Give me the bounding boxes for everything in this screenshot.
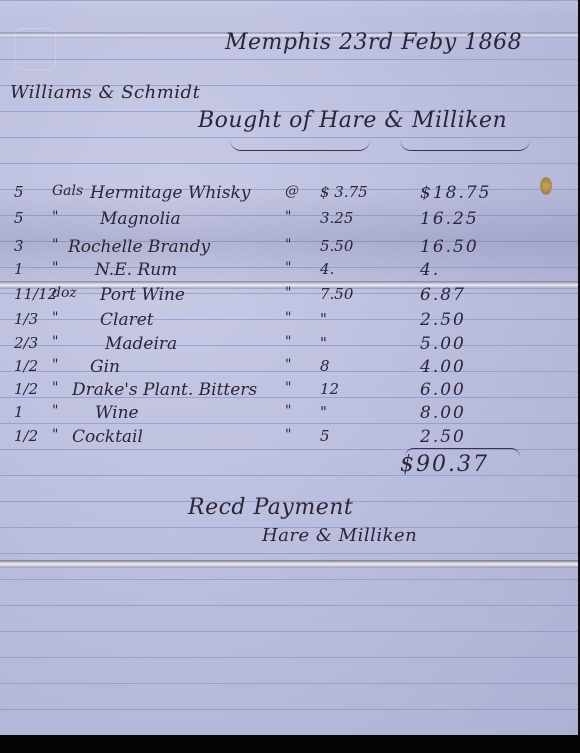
line-item: 1 " N.E. Rum " 4. 4.	[0, 260, 578, 284]
line-item: 3 " Rochelle Brandy " 5.50 16.50	[0, 237, 578, 261]
total-amount: $90.37	[400, 452, 489, 477]
item-amount: 8.00	[420, 403, 466, 423]
seller-signature: Hare & Milliken	[262, 525, 417, 546]
item-qty: 3	[14, 237, 24, 255]
item-unit: "	[52, 380, 58, 396]
item-description: Drake's Plant. Bitters	[72, 380, 257, 400]
fold-crease-lower	[0, 560, 578, 568]
item-rate: "	[320, 334, 327, 352]
item-description: Hermitage Whisky	[90, 183, 250, 203]
item-ditto: "	[285, 427, 291, 443]
item-description: Port Wine	[100, 285, 185, 305]
item-rate: "	[320, 310, 327, 328]
item-qty: 5	[14, 183, 24, 201]
item-amount: 4.	[420, 260, 440, 280]
item-unit: Gals	[52, 183, 83, 199]
item-unit: "	[52, 403, 58, 419]
item-rate: $ 3.75	[320, 183, 368, 201]
item-ditto: "	[285, 237, 291, 253]
item-amount: 5.00	[420, 334, 466, 354]
line-item: 1/2 " Gin " 8 4.00	[0, 357, 578, 381]
item-amount: 6.00	[420, 380, 466, 400]
item-ditto: "	[285, 310, 291, 326]
item-description: Cocktail	[72, 427, 143, 447]
item-amount: 2.50	[420, 427, 466, 447]
line-item: 5 Gals Hermitage Whisky @ $ 3.75 $18.75	[0, 183, 578, 207]
item-ditto: "	[285, 357, 291, 373]
item-rate: 5	[320, 427, 330, 445]
receipt-paper: Memphis 23rd Feby 1868 Williams & Schmid…	[0, 0, 578, 735]
item-unit: "	[52, 357, 58, 373]
seller-line: Bought of Hare & Milliken	[198, 108, 507, 133]
item-ditto: "	[285, 334, 291, 350]
item-qty: 1/2	[14, 427, 38, 445]
item-ditto: "	[285, 285, 291, 301]
item-qty: 1	[14, 403, 24, 421]
item-rate: 12	[320, 380, 339, 398]
item-rate: 7.50	[320, 285, 353, 303]
item-rate: 8	[320, 357, 330, 375]
item-rate: "	[320, 403, 327, 421]
item-description: Rochelle Brandy	[68, 237, 210, 257]
item-unit: "	[52, 334, 58, 350]
flourish-underline	[400, 140, 530, 151]
item-qty: 11/12	[14, 285, 57, 303]
line-item: 5 " Magnolia " 3.25 16.25	[0, 209, 578, 233]
item-description: Magnolia	[100, 209, 181, 229]
item-amount: 4.00	[420, 357, 466, 377]
item-ditto: "	[285, 403, 291, 419]
item-ditto: "	[285, 260, 291, 276]
embossed-stamp-icon	[14, 28, 56, 70]
item-rate: 4.	[320, 260, 334, 278]
item-amount: 16.50	[420, 237, 479, 257]
item-qty: 1/2	[14, 380, 38, 398]
item-ditto: "	[285, 380, 291, 396]
item-unit: "	[52, 237, 58, 253]
line-item: 1/3 " Claret " " 2.50	[0, 310, 578, 334]
item-qty: 1/3	[14, 310, 38, 328]
item-amount: 2.50	[420, 310, 466, 330]
received-payment-note: Recd Payment	[188, 495, 353, 520]
item-description: Gin	[90, 357, 120, 377]
flourish-underline	[230, 140, 370, 151]
line-item: 2/3 " Madeira " " 5.00	[0, 334, 578, 358]
item-description: Claret	[100, 310, 154, 330]
item-amount: $18.75	[420, 183, 491, 203]
item-unit: "	[52, 310, 58, 326]
item-description: N.E. Rum	[95, 260, 177, 280]
item-qty: 2/3	[14, 334, 38, 352]
item-amount: 6.87	[420, 285, 466, 305]
item-unit: "	[52, 209, 58, 225]
item-unit: "	[52, 260, 58, 276]
buyer-name: Williams & Schmidt	[10, 82, 200, 103]
date-line: Memphis 23rd Feby 1868	[225, 30, 522, 55]
item-rate: 5.50	[320, 237, 353, 255]
line-item: 1 " Wine " " 8.00	[0, 403, 578, 427]
line-item: 1/2 " Drake's Plant. Bitters " 12 6.00	[0, 380, 578, 404]
item-amount: 16.25	[420, 209, 479, 229]
item-ditto: @	[285, 183, 299, 199]
item-qty: 1	[14, 260, 24, 278]
item-description: Madeira	[105, 334, 177, 354]
item-rate: 3.25	[320, 209, 353, 227]
item-unit: doz	[52, 285, 77, 301]
scan-border	[0, 735, 580, 753]
item-unit: "	[52, 427, 58, 443]
item-qty: 1/2	[14, 357, 38, 375]
line-item: 11/12 doz Port Wine " 7.50 6.87	[0, 285, 578, 309]
item-description: Wine	[95, 403, 139, 423]
item-ditto: "	[285, 209, 291, 225]
item-qty: 5	[14, 209, 24, 227]
